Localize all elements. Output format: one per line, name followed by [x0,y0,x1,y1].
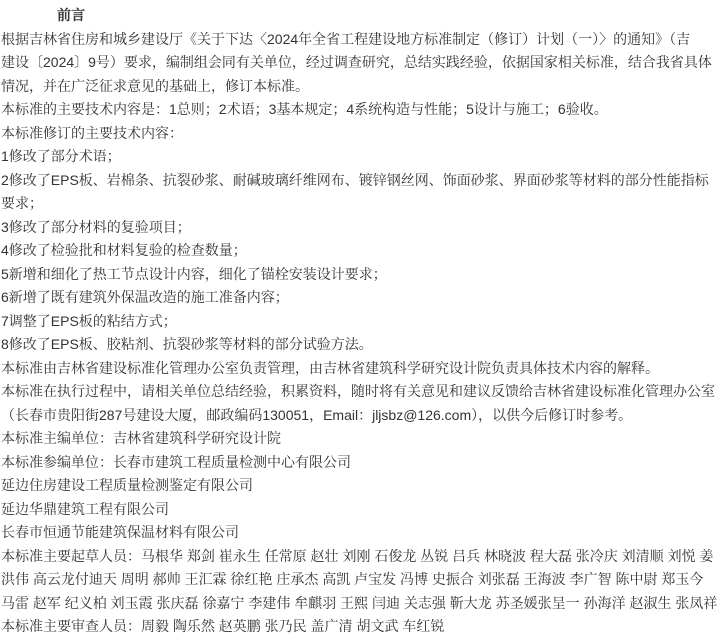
revision-item-line: 4修改了检验批和材料复验的检查数量； [0,239,718,263]
paragraph-line: 本标准的主要技术内容是：1总则；2术语；3基本规定；4系统构造与性能；5设计与施… [0,98,718,122]
foreword-document: 前言 根据吉林省住房和城乡建设厅《关于下达〈2024年全省工程建设地方标准制定（… [0,0,718,642]
revision-item-line: 要求； [0,192,718,216]
paragraph-line: 本标准修订的主要技术内容： [0,122,718,146]
participating-unit-line: 长春市恒通节能建筑保温材料有限公司 [0,521,718,545]
revision-item-line: 2修改了EPS板、岩棉条、抗裂砂浆、耐碱玻璃纤维网布、镀锌钢丝网、饰面砂浆、界面… [0,169,718,193]
drafters-line: 马雷 赵军 纪义柏 刘玉霞 张庆磊 徐嘉宁 李建伟 牟麒羽 王熙 闫迪 关志强 … [0,592,718,616]
revision-item-line: 3修改了部分材料的复验项目； [0,216,718,240]
paragraph-line: 本标准在执行过程中，请相关单位总结经验，积累资料，随时将有关意见和建议反馈给吉林… [0,380,718,404]
participating-unit-line: 延边华鼎建筑工程有限公司 [0,498,718,522]
reviewers-line: 本标准主要审查人员：周毅 陶乐然 赵英鹏 张乃民 盖广清 胡文武 车红锐 [0,615,718,639]
participating-unit-line: 延边住房建设工程质量检测鉴定有限公司 [0,474,718,498]
paragraph-line: 本标准由吉林省建设标准化管理办公室负责管理，由吉林省建筑科学研究设计院负责具体技… [0,357,718,381]
drafters-line: 洪伟 高云龙付迪天 周明 郝帅 王汇霖 徐红艳 庄承杰 高凯 卢宝发 冯博 史振… [0,568,718,592]
page-title: 前言 [0,4,718,28]
paragraph-line: 根据吉林省住房和城乡建设厅《关于下达〈2024年全省工程建设地方标准制定（修订）… [0,28,718,52]
revision-item-line: 7调整了EPS板的粘结方式； [0,310,718,334]
paragraph-line: 建设〔2024〕9号）要求，编制组会同有关单位，经过调查研究，总结实践经验，依据… [0,51,718,75]
participating-unit-line: 本标准参编单位：长春市建筑工程质量检测中心有限公司 [0,451,718,475]
contact-line: （长春市贵阳街287号建设大厦，邮政编码130051，Email：jljsbz@… [0,404,718,428]
revision-item-line: 5新增和细化了热工节点设计内容，细化了锚栓安装设计要求； [0,263,718,287]
paragraph-line: 情况，并在广泛征求意见的基础上，修订本标准。 [0,75,718,99]
revision-item-line: 8修改了EPS板、胶粘剂、抗裂砂浆等材料的部分试验方法。 [0,333,718,357]
drafters-line: 本标准主要起草人员：马根华 郑剑 崔永生 任常原 赵壮 刘刚 石俊龙 丛锐 吕兵… [0,545,718,569]
revision-item-line: 6新增了既有建筑外保温改造的施工准备内容； [0,286,718,310]
chief-editor-unit-line: 本标准主编单位：吉林省建筑科学研究设计院 [0,427,718,451]
revision-item-line: 1修改了部分术语； [0,145,718,169]
